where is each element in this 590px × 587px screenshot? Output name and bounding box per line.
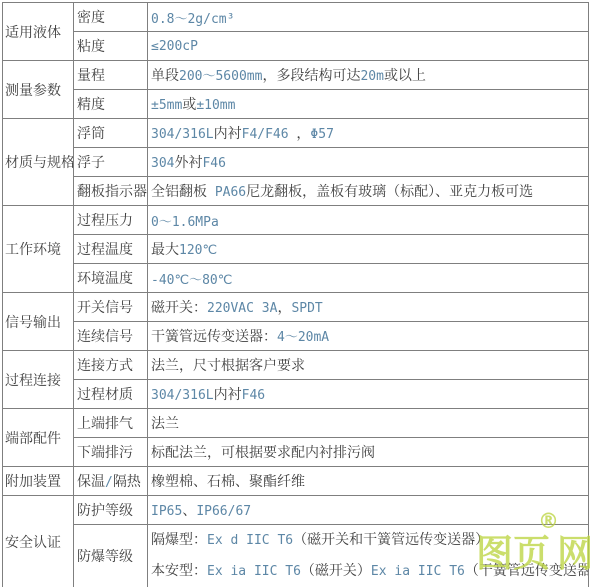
latin-text: 120℃ <box>179 243 217 258</box>
latin-text: IP66/67 <box>196 504 251 519</box>
table-row: 过程材质304/316L内衬F46 <box>3 380 589 409</box>
value-cell: 最大120℃ <box>148 235 589 264</box>
value-cell: 干簧管远传变送器：4～20mA <box>148 322 589 351</box>
item-cell: 连续信号 <box>74 322 148 351</box>
category-cell: 附加装置 <box>3 467 74 496</box>
latin-text: Ex d IIC T6 <box>207 533 293 548</box>
value-cell: 304/316L内衬F4/F46 ，Φ57 <box>148 119 589 148</box>
value-cell: 磁开关：220VAC 3A，SPDT <box>148 293 589 322</box>
latin-text: 220VAC 3A <box>207 301 277 316</box>
item-cell: 过程压力 <box>74 206 148 235</box>
table-row: 信号输出开关信号磁开关：220VAC 3A，SPDT <box>3 293 589 322</box>
value-cell: 全铝翻板 PA66尼龙翻板，盖板有玻璃（标配）、亚克力板可选 <box>148 177 589 206</box>
value-cell: 标配法兰，可根据要求配内衬排污阀 <box>148 438 589 467</box>
latin-text: ±5mm <box>151 98 182 113</box>
item-cell: 粘度 <box>74 32 148 61</box>
value-cell: 单段200～5600mm，多段结构可达20m或以上 <box>148 61 589 90</box>
item-cell: 下端排污 <box>74 438 148 467</box>
latin-text: 304/316L <box>151 127 214 142</box>
latin-text: Ex ia IIC T6 <box>207 564 301 579</box>
latin-text: IP65 <box>151 504 182 519</box>
item-cell: 防护等级 <box>74 496 148 525</box>
table-row: 材质与规格浮筒304/316L内衬F4/F46 ，Φ57 <box>3 119 589 148</box>
value-cell: 法兰，尺寸根据客户要求 <box>148 351 589 380</box>
value-cell: -40℃～80℃ <box>148 264 589 293</box>
table-row: 测量参数量程单段200～5600mm，多段结构可达20m或以上 <box>3 61 589 90</box>
table-row: 连续信号干簧管远传变送器：4～20mA <box>3 322 589 351</box>
latin-text: Φ57 <box>310 127 333 142</box>
category-cell: 适用液体 <box>3 3 74 61</box>
item-cell: 过程温度 <box>74 235 148 264</box>
item-cell: 翻板指示器 <box>74 177 148 206</box>
value-cell: ≤200cP <box>148 32 589 61</box>
table-row: 下端排污标配法兰，可根据要求配内衬排污阀 <box>3 438 589 467</box>
value-cell: 0.8～2g/cm³ <box>148 3 589 32</box>
table-row: 过程温度最大120℃ <box>3 235 589 264</box>
latin-text: ≤200cP <box>151 39 198 54</box>
category-cell: 端部配件 <box>3 409 74 467</box>
value-cell: 304/316L内衬F46 <box>148 380 589 409</box>
spec-table: 适用液体密度0.8～2g/cm³粘度≤200cP测量参数量程单段200～5600… <box>2 2 589 587</box>
latin-text: 20m <box>360 69 383 84</box>
category-cell: 安全认证 <box>3 496 74 587</box>
item-cell: 精度 <box>74 90 148 119</box>
item-cell: 密度 <box>74 3 148 32</box>
value-cell: ±5mm或±10mm <box>148 90 589 119</box>
value-cell: 304外衬F46 <box>148 148 589 177</box>
category-cell: 信号输出 <box>3 293 74 351</box>
latin-text: F46 <box>242 388 265 403</box>
latin-text: PA66 <box>207 185 246 200</box>
item-cell: 开关信号 <box>74 293 148 322</box>
table-row: 安全认证防护等级IP65、IP66/67 <box>3 496 589 525</box>
item-cell: 过程材质 <box>74 380 148 409</box>
table-row: 粘度≤200cP <box>3 32 589 61</box>
item-cell: 浮子 <box>74 148 148 177</box>
spec-table-body: 适用液体密度0.8～2g/cm³粘度≤200cP测量参数量程单段200～5600… <box>3 3 589 587</box>
item-cell: 防爆等级 <box>74 525 148 587</box>
item-cell: 保温/隔热 <box>74 467 148 496</box>
category-cell: 材质与规格 <box>3 119 74 206</box>
latin-text: 200～5600mm <box>179 69 262 84</box>
value-cell: IP65、IP66/67 <box>148 496 589 525</box>
latin-text: 0～1.6MPa <box>151 215 219 230</box>
value-cell: 隔爆型：Ex d IIC T6（磁开关和干簧管远传变送器）本安型：Ex ia I… <box>148 525 589 587</box>
value-line: 隔爆型：Ex d IIC T6（磁开关和干簧管远传变送器） <box>151 525 586 556</box>
table-row: 端部配件上端排气法兰 <box>3 409 589 438</box>
latin-text: 4～20mA <box>277 330 329 345</box>
category-cell: 测量参数 <box>3 61 74 119</box>
value-cell: 法兰 <box>148 409 589 438</box>
table-row: 过程连接连接方式法兰，尺寸根据客户要求 <box>3 351 589 380</box>
category-cell: 工作环境 <box>3 206 74 293</box>
item-cell: 浮筒 <box>74 119 148 148</box>
table-row: 附加装置保温/隔热橡塑棉、石棉、聚酯纤维 <box>3 467 589 496</box>
table-row: 工作环境过程压力0～1.6MPa <box>3 206 589 235</box>
table-row: 精度±5mm或±10mm <box>3 90 589 119</box>
latin-text: ±10mm <box>196 98 235 113</box>
table-row: 适用液体密度0.8～2g/cm³ <box>3 3 589 32</box>
item-cell: 环境温度 <box>74 264 148 293</box>
item-cell: 量程 <box>74 61 148 90</box>
latin-text: / <box>105 475 113 490</box>
table-row: 环境温度-40℃～80℃ <box>3 264 589 293</box>
latin-text: 0.8～2g/cm³ <box>151 12 234 27</box>
value-cell: 橡塑棉、石棉、聚酯纤维 <box>148 467 589 496</box>
latin-text: F4/F46 <box>242 127 297 142</box>
latin-text: Ex ia IIC T6 <box>371 564 465 579</box>
table-row: 防爆等级隔爆型：Ex d IIC T6（磁开关和干簧管远传变送器）本安型：Ex … <box>3 525 589 587</box>
table-row: 浮子304外衬F46 <box>3 148 589 177</box>
item-cell: 上端排气 <box>74 409 148 438</box>
value-line: 本安型：Ex ia IIC T6（磁开关）Ex ia IIC T6（干簧管远传变… <box>151 556 586 587</box>
table-row: 翻板指示器全铝翻板 PA66尼龙翻板，盖板有玻璃（标配）、亚克力板可选 <box>3 177 589 206</box>
latin-text: SPDT <box>291 301 322 316</box>
value-cell: 0～1.6MPa <box>148 206 589 235</box>
latin-text: 304 <box>151 156 174 171</box>
item-cell: 连接方式 <box>74 351 148 380</box>
category-cell: 过程连接 <box>3 351 74 409</box>
latin-text: 304/316L <box>151 388 214 403</box>
latin-text: F46 <box>202 156 225 171</box>
latin-text: -40℃～80℃ <box>151 273 232 288</box>
